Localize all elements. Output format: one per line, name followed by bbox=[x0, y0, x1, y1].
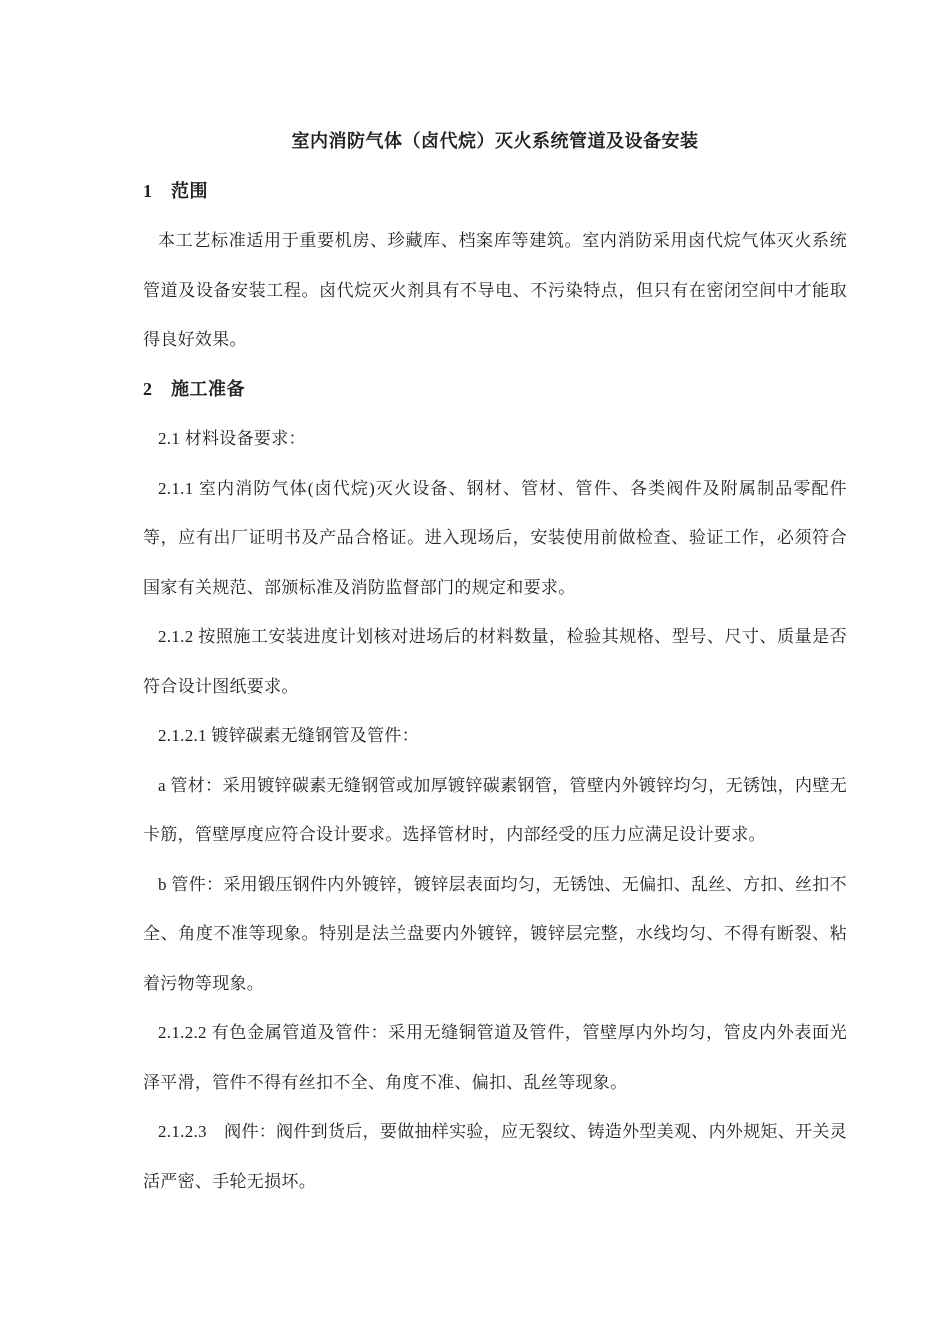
paragraph: 2.1.2.2 有色金属管道及管件：采用无缝铜管道及管件，管壁厚内外均匀，管皮内… bbox=[143, 1008, 847, 1107]
paragraph: 本工艺标准适用于重要机房、珍藏库、档案库等建筑。室内消防采用卤代烷气体灭火系统管… bbox=[143, 216, 847, 365]
paragraph: 2.1.2 按照施工安装进度计划核对进场后的材料数量，检验其规格、型号、尺寸、质… bbox=[143, 612, 847, 711]
paragraph: 2.1.2.3 阀件：阀件到货后，要做抽样实验，应无裂纹、铸造外型美观、内外规矩… bbox=[143, 1107, 847, 1206]
document-page: 室内消防气体（卤代烷）灭火系统管道及设备安装 1 范围本工艺标准适用于重要机房、… bbox=[0, 0, 950, 1344]
section-heading: 2 施工准备 bbox=[143, 365, 847, 415]
document-body: 1 范围本工艺标准适用于重要机房、珍藏库、档案库等建筑。室内消防采用卤代烷气体灭… bbox=[143, 167, 847, 1207]
paragraph: 2.1.2.1 镀锌碳素无缝钢管及管件： bbox=[143, 711, 847, 761]
paragraph: 2.1 材料设备要求： bbox=[143, 414, 847, 464]
paragraph: b 管件：采用锻压钢件内外镀锌，镀锌层表面均匀，无锈蚀、无偏扣、乱丝、方扣、丝扣… bbox=[143, 860, 847, 1009]
document-title: 室内消防气体（卤代烷）灭火系统管道及设备安装 bbox=[143, 117, 847, 167]
paragraph: 2.1.1 室内消防气体(卤代烷)灭火设备、钢材、管材、管件、各类阀件及附属制品… bbox=[143, 464, 847, 613]
section-heading: 1 范围 bbox=[143, 167, 847, 217]
paragraph: a 管材：采用镀锌碳素无缝钢管或加厚镀锌碳素钢管，管壁内外镀锌均匀，无锈蚀，内壁… bbox=[143, 761, 847, 860]
